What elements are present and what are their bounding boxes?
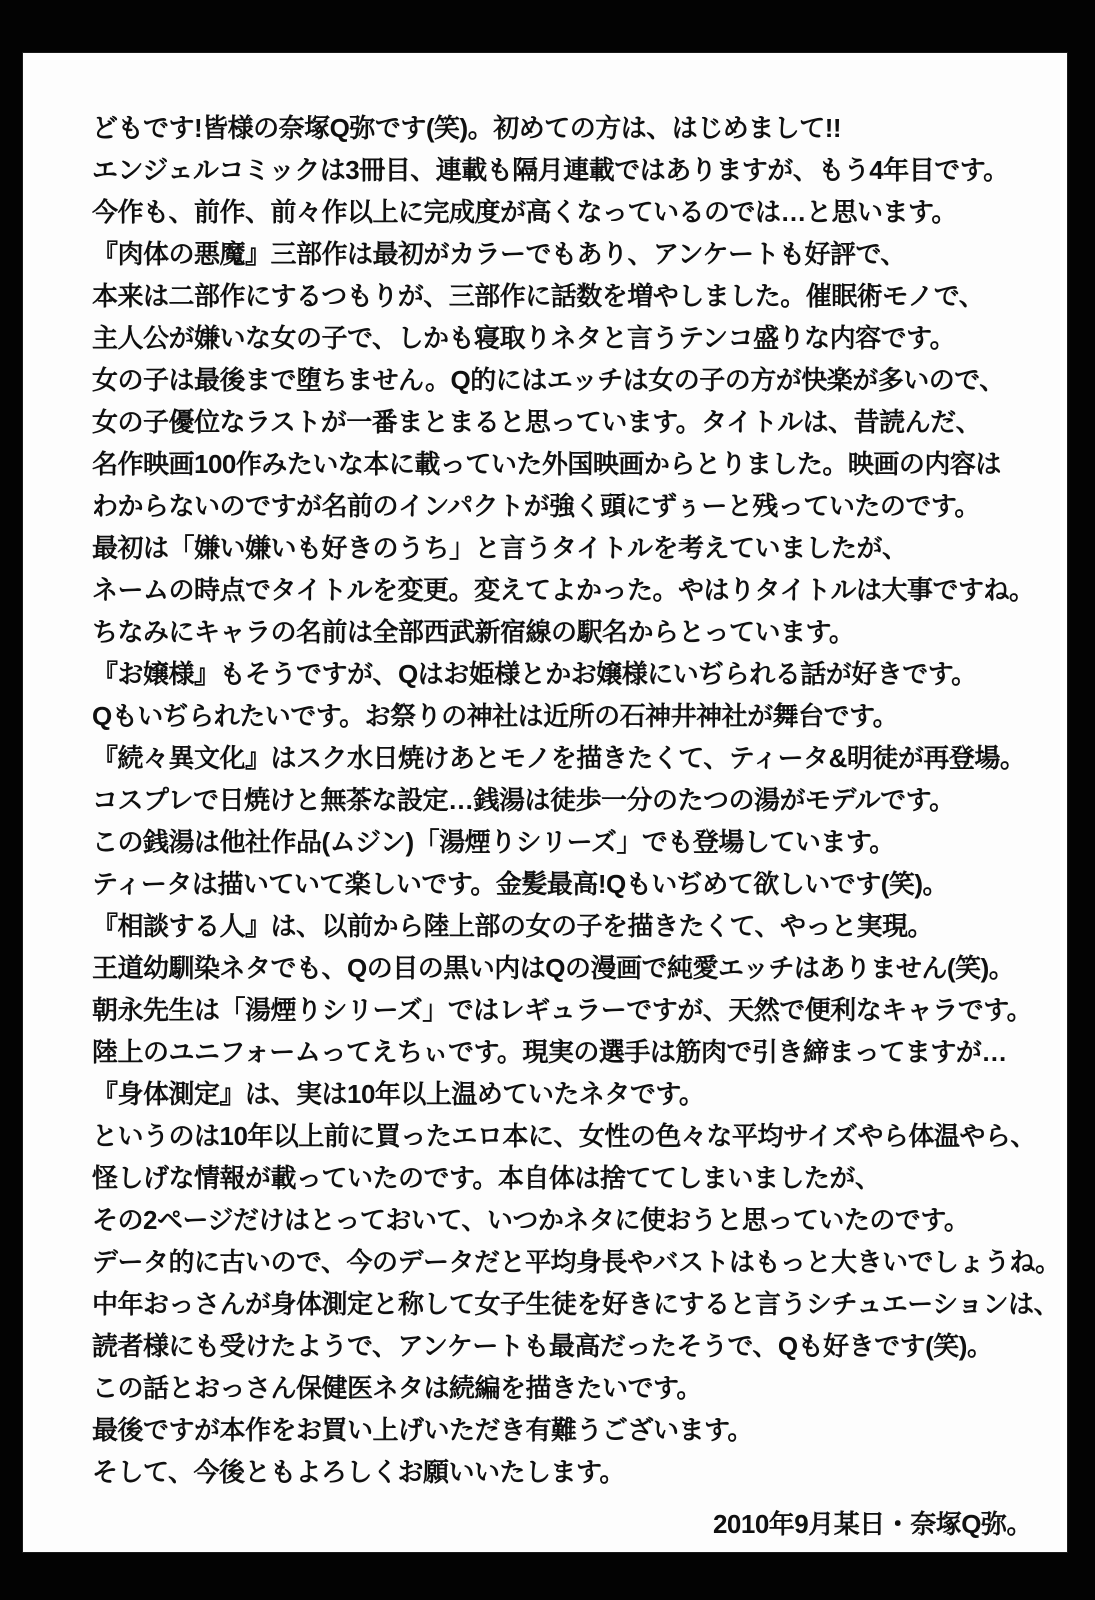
text-line: コスプレで日焼けと無茶な設定…銭湯は徒歩一分のたつの湯がモデルです。 <box>92 779 1050 821</box>
text-line: どもです!皆様の奈塚Q弥です(笑)。初めての方は、はじめまして!! <box>92 107 1050 149</box>
text-line: 中年おっさんが身体測定と称して女子生徒を好きにすると言うシチュエーションは、 <box>92 1283 1050 1325</box>
text-line: というのは10年以上前に買ったエロ本に、女性の色々な平均サイズやら体温やら、 <box>92 1115 1050 1157</box>
text-line: そして、今後ともよろしくお願いいたします。 <box>92 1451 1050 1493</box>
text-line: 名作映画100作みたいな本に載っていた外国映画からとりました。映画の内容は <box>92 443 1050 485</box>
text-line: 女の子優位なラストが一番まとまると思っています。タイトルは、昔読んだ、 <box>92 401 1050 443</box>
text-line: 『お嬢様』もそうですが、Qはお姫様とかお嬢様にいぢられる話が好きです。 <box>92 653 1050 695</box>
text-line: Qもいぢられたいです。お祭りの神社は近所の石神井神社が舞台です。 <box>92 695 1050 737</box>
text-line: 主人公が嫌いな女の子で、しかも寝取りネタと言うテンコ盛りな内容です。 <box>92 317 1050 359</box>
text-line: 『肉体の悪魔』三部作は最初がカラーでもあり、アンケートも好評で、 <box>92 233 1050 275</box>
text-line: 朝永先生は「湯煙りシリーズ」ではレギュラーですが、天然で便利なキャラです。 <box>92 989 1050 1031</box>
text-line: ティータは描いていて楽しいです。金髪最高!Qもいぢめて欲しいです(笑)。 <box>92 863 1050 905</box>
text-line: この銭湯は他社作品(ムジン)「湯煙りシリーズ」でも登場しています。 <box>92 821 1050 863</box>
text-line: 今作も、前作、前々作以上に完成度が高くなっているのでは…と思います。 <box>92 191 1050 233</box>
text-line: 怪しげな情報が載っていたのです。本自体は捨ててしまいましたが、 <box>92 1157 1050 1199</box>
text-line: ネームの時点でタイトルを変更。変えてよかった。やはりタイトルは大事ですね。 <box>92 569 1050 611</box>
text-line: 最初は「嫌い嫌いも好きのうち」と言うタイトルを考えていましたが、 <box>92 527 1050 569</box>
text-line: 本来は二部作にするつもりが、三部作に話数を増やしました。催眠術モノで、 <box>92 275 1050 317</box>
text-line: 女の子は最後まで堕ちません。Q的にはエッチは女の子の方が快楽が多いので、 <box>92 359 1050 401</box>
scanned-page: どもです!皆様の奈塚Q弥です(笑)。初めての方は、はじめまして!! エンジェルコ… <box>22 52 1068 1553</box>
text-line: 王道幼馴染ネタでも、Qの目の黒い内はQの漫画で純愛エッチはありません(笑)。 <box>92 947 1050 989</box>
text-line: わからないのですが名前のインパクトが強く頭にずぅーと残っていたのです。 <box>92 485 1050 527</box>
text-line: ちなみにキャラの名前は全部西武新宿線の駅名からとっています。 <box>92 611 1050 653</box>
signature-line: 2010年9月某日・奈塚Q弥。 <box>92 1503 1050 1545</box>
text-line: 陸上のユニフォームってえちぃです。現実の選手は筋肉で引き締まってますが… <box>92 1031 1050 1073</box>
text-line: 『身体測定』は、実は10年以上温めていたネタです。 <box>92 1073 1050 1115</box>
text-line: データ的に古いので、今のデータだと平均身長やバストはもっと大きいでしょうね。 <box>92 1241 1050 1283</box>
text-line: その2ページだけはとっておいて、いつかネタに使おうと思っていたのです。 <box>92 1199 1050 1241</box>
text-line: 読者様にも受けたようで、アンケートも最高だったそうで、Qも好きです(笑)。 <box>92 1325 1050 1367</box>
text-line: エンジェルコミックは3冊目、連載も隔月連載ではありますが、もう4年目です。 <box>92 149 1050 191</box>
text-line: 『相談する人』は、以前から陸上部の女の子を描きたくて、やっと実現。 <box>92 905 1050 947</box>
text-line: 『続々異文化』はスク水日焼けあとモノを描きたくて、ティータ&明徒が再登場。 <box>92 737 1050 779</box>
text-line: この話とおっさん保健医ネタは続編を描きたいです。 <box>92 1367 1050 1409</box>
text-line: 最後ですが本作をお買い上げいただき有難うございます。 <box>92 1409 1050 1451</box>
afterword-text: どもです!皆様の奈塚Q弥です(笑)。初めての方は、はじめまして!! エンジェルコ… <box>92 107 1050 1545</box>
